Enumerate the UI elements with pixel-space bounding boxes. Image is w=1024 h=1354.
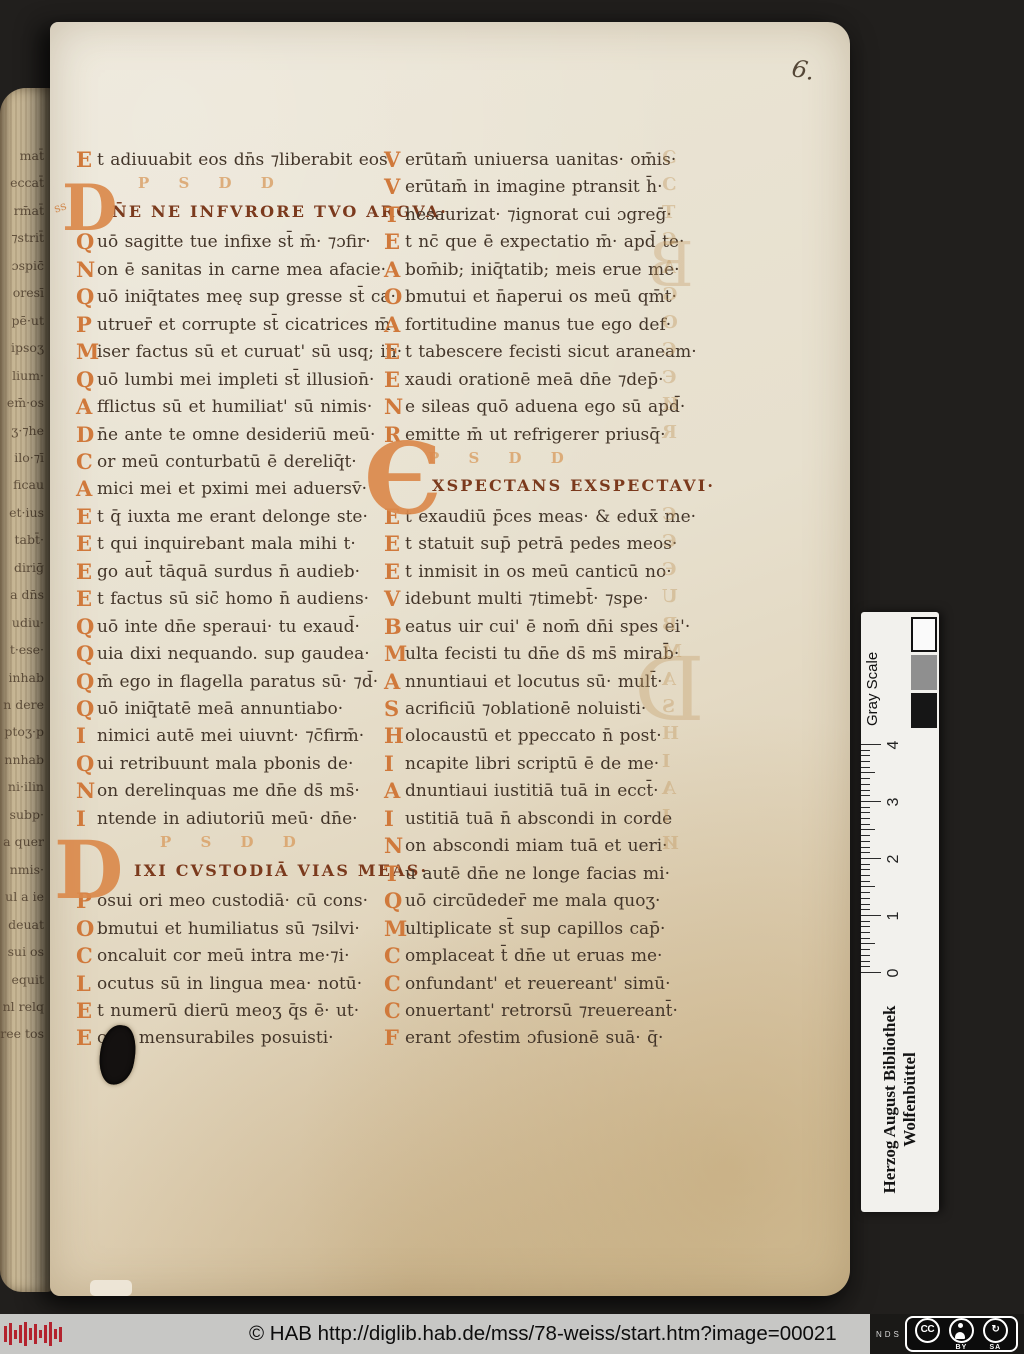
line-initial: A bbox=[384, 257, 405, 282]
ruler-number: 4 bbox=[885, 738, 903, 752]
manuscript-line: Et qui inquirebant mala mihi t· bbox=[76, 531, 378, 558]
edge-fragment: diriḡ bbox=[0, 560, 44, 575]
illuminated-initial-D: D bbox=[62, 180, 118, 238]
edge-fragment: ipsoʒ bbox=[0, 340, 44, 355]
showthrough-letter: Є bbox=[662, 339, 676, 360]
line-initial: C bbox=[384, 971, 405, 996]
manuscript-line: Concaluit cor meū intra me·⁊i· bbox=[76, 943, 378, 970]
patch-white bbox=[911, 617, 937, 652]
ruler-tick bbox=[861, 807, 870, 808]
edge-fragment: deuat bbox=[0, 917, 44, 932]
line-initial: E bbox=[76, 1025, 97, 1050]
line-text: on derelinquas me dn̄e ds̄ ms̄· bbox=[97, 781, 360, 801]
line-initial: Q bbox=[76, 614, 97, 639]
line-text: uō circūdeder̄ me mala quoʒ· bbox=[405, 891, 660, 911]
ruler-tick bbox=[861, 773, 875, 774]
line-text: hesaurizat· ⁊ignorat cui ɔgreḡ· bbox=[405, 205, 672, 225]
logo-bar bbox=[29, 1328, 32, 1340]
ruler-tick bbox=[861, 744, 881, 745]
edge-fragment: lium· bbox=[0, 368, 44, 383]
ruler-tick bbox=[861, 926, 870, 927]
grayscale-card: Herzog August Bibliothek Wolfenbüttel 01… bbox=[861, 612, 939, 1212]
ruler-tick bbox=[861, 932, 870, 933]
manuscript-line: Quō iniq̄tates meę sup gresse st̄ ca· bbox=[76, 284, 378, 311]
line-initial: E bbox=[384, 559, 405, 584]
edge-fragment: a dn̄s bbox=[0, 587, 44, 602]
footer-code: NDS bbox=[876, 1330, 902, 1339]
manuscript-line: Non derelinquas me dn̄e ds̄ ms̄· bbox=[76, 778, 378, 805]
line-text: t q̄ iuxta me erant delonge ste· bbox=[97, 507, 368, 527]
ruler-number: 3 bbox=[885, 795, 903, 809]
illuminated-initial-E: Є bbox=[364, 436, 442, 524]
line-text: eatus uir cui' ē nom̄ dn̄i spes ei'· bbox=[405, 617, 690, 637]
edge-fragment: eccat̄ bbox=[0, 175, 44, 190]
ruler-tick bbox=[861, 790, 870, 791]
folio-number: 6. bbox=[789, 54, 817, 86]
line-text: go aut̄ tāquā surdus n̄ audieb· bbox=[97, 562, 360, 582]
line-initial: S bbox=[384, 696, 405, 721]
ruler-tick bbox=[861, 961, 870, 962]
edge-fragment: ul a ie bbox=[0, 889, 44, 904]
line-initial: I bbox=[384, 751, 405, 776]
line-text: iser factus sū et curuat' sū usq; in· bbox=[97, 342, 402, 362]
line-initial: V bbox=[384, 586, 405, 611]
line-initial: N bbox=[384, 833, 405, 858]
line-text: t qui inquirebant mala mihi t· bbox=[97, 534, 356, 554]
cc-item: CC bbox=[915, 1318, 940, 1351]
manuscript-line: Locutus sū in lingua mea· notū· bbox=[76, 971, 378, 998]
edge-fragment: nnhab bbox=[0, 752, 44, 767]
line-initial: Q bbox=[76, 367, 97, 392]
line-text: erant ɔfestim ɔfusionē suā· q̄· bbox=[405, 1028, 663, 1048]
footer-right-block: NDS CC BY ↻ SA bbox=[870, 1314, 1024, 1354]
ruler-tick bbox=[861, 966, 870, 967]
line-text: utruer̄ et corrupte st̄ cicatrices m̄· bbox=[97, 315, 396, 335]
line-initial: L bbox=[76, 971, 97, 996]
line-text: t adiuuabit eos dn̄s ⁊liberabit eos· bbox=[97, 150, 393, 170]
line-initial: T bbox=[384, 202, 405, 227]
showthrough-initial: B bbox=[648, 228, 694, 301]
edge-fragment: ilo·⁊ī bbox=[0, 450, 44, 465]
line-text: erūtam̄ uniuersa uanitas· om̄is· bbox=[405, 150, 676, 170]
ruler-tick bbox=[861, 904, 870, 905]
line-text: dnuntiaui iustitiā tuā in ecct̄· bbox=[405, 781, 659, 801]
ruler-tick bbox=[861, 818, 870, 819]
grayscale-block: Gray Scale bbox=[861, 612, 939, 728]
edge-fragment: rm̄at̄ bbox=[0, 203, 44, 218]
manuscript-line: Et factus sū sic̄ homo n̄ audiens· bbox=[76, 586, 378, 613]
line-text: fflictus sū et humiliat' sū nimis· bbox=[97, 397, 372, 417]
edge-fragment: nl relq bbox=[0, 999, 44, 1014]
ruler-tick bbox=[861, 841, 870, 842]
ruler-tick bbox=[861, 864, 870, 865]
line-text: u autē dn̄e ne longe facias mi· bbox=[405, 864, 670, 884]
manuscript-line: Quō iniq̄tatē meā annuntiabo· bbox=[76, 696, 378, 723]
line-text: osui ori meo custodiā· cū cons· bbox=[97, 891, 368, 911]
ruler-number: 0 bbox=[885, 966, 903, 980]
edge-fragment: ʒ·⁊he bbox=[0, 423, 44, 438]
parchment-repair-patch bbox=[90, 1280, 132, 1296]
line-initial: I bbox=[384, 806, 405, 831]
logo-bar bbox=[54, 1329, 57, 1339]
logo-bar bbox=[19, 1325, 22, 1343]
manuscript-line: Quō sagitte tue infixe st̄ m̄· ⁊ɔfir· bbox=[76, 229, 378, 256]
showthrough-initial: D bbox=[634, 638, 705, 741]
manuscript-line: Verūtam̄ uniuersa uanitas· om̄is· bbox=[384, 147, 702, 174]
line-text: onfundant' et reuereant' simū· bbox=[405, 974, 671, 994]
ruler-tick bbox=[861, 795, 870, 796]
manuscript-line: Incapite libri scriptū ē de me· bbox=[384, 751, 702, 778]
line-text: idebunt multi ⁊timebt̄· ⁊spe· bbox=[405, 589, 649, 609]
line-initial: V bbox=[384, 174, 405, 199]
line-text: or meū conturbatū ē dereliq̄t· bbox=[97, 452, 357, 472]
cc-sa-item: ↻ SA bbox=[983, 1318, 1008, 1351]
line-text: ocutus sū in lingua mea· notū· bbox=[97, 974, 362, 994]
manuscript-line: Et tabescere fecisti sicut araneam· bbox=[384, 339, 702, 366]
ruler-tick bbox=[861, 830, 875, 831]
line-text: uō iniq̄tates meę sup gresse st̄ ca· bbox=[97, 287, 396, 307]
showthrough-letter: R bbox=[662, 422, 677, 443]
line-initial: A bbox=[384, 778, 405, 803]
library-name-line2: Wolfenbüttel bbox=[900, 987, 920, 1212]
cc-sa-arrow-icon: ↻ bbox=[983, 1318, 1008, 1343]
line-text: uō iniq̄tatē meā annuntiabo· bbox=[97, 699, 343, 719]
line-initial: Q bbox=[76, 669, 97, 694]
manuscript-line: Thesaurizat· ⁊ignorat cui ɔgreḡ· bbox=[384, 202, 702, 229]
edge-fragment: et·ius bbox=[0, 505, 44, 520]
line-initial: O bbox=[384, 284, 405, 309]
cc-license-badge[interactable]: CC BY ↻ SA bbox=[905, 1316, 1018, 1352]
logo-bar bbox=[14, 1330, 17, 1339]
logo-bar bbox=[4, 1326, 7, 1342]
edge-fragment: udiu· bbox=[0, 615, 44, 630]
psalm-heading: IXI CVSTODIĀ VIAS MEAS· bbox=[76, 861, 436, 888]
ruler-tick bbox=[861, 852, 870, 853]
manuscript-line: Adnuntiaui iustitiā tuā in ecct̄· bbox=[384, 778, 702, 805]
manuscript-line: Qm̄ ego in flagella paratus sū· ⁊d̄· bbox=[76, 669, 378, 696]
line-initial: C bbox=[384, 998, 405, 1023]
showthrough-letter: O bbox=[662, 312, 678, 333]
manuscript-line: Exaudi orationē meā dn̄e ⁊dep̄· bbox=[384, 367, 702, 394]
line-text: on ē sanitas in carne mea afacie· bbox=[97, 260, 386, 280]
line-initial: O bbox=[76, 916, 97, 941]
hab-logo bbox=[4, 1314, 62, 1354]
grayscale-title: Gray Scale bbox=[864, 612, 881, 726]
ruler-tick bbox=[861, 858, 881, 859]
line-initial: A bbox=[384, 312, 405, 337]
manuscript-line: Videbunt multi ⁊timebt̄· ⁊spe· bbox=[384, 586, 702, 613]
line-initial: E bbox=[76, 531, 97, 556]
line-text: ultiplicate st̄ sup capillos cap̄· bbox=[405, 919, 665, 939]
ruler-tick bbox=[861, 915, 881, 916]
line-text: ui retribuunt mala pbonis de· bbox=[97, 754, 353, 774]
line-initial: M bbox=[384, 641, 405, 666]
manuscript-line: Ego aut̄ tāquā surdus n̄ audieb· bbox=[76, 559, 378, 586]
line-text: erūtam̄ in imagine ptransit h̄· bbox=[405, 177, 663, 197]
ruler-scale: 01234 bbox=[861, 728, 939, 987]
ruler-tick bbox=[861, 869, 870, 870]
line-initial: M bbox=[384, 916, 405, 941]
manuscript-line: Conuertant' retrorsū ⁊reuereant̄· bbox=[384, 998, 702, 1025]
grayscale-card-face: Herzog August Bibliothek Wolfenbüttel 01… bbox=[861, 612, 939, 1212]
showthrough-letter: Є bbox=[662, 531, 676, 552]
edge-fragment: subp· bbox=[0, 807, 44, 822]
manuscript-line: Non abscondi miam tuā et ueri· bbox=[384, 833, 702, 860]
manuscript-line: Confundant' et reuereant' simū· bbox=[384, 971, 702, 998]
ruler-tick bbox=[861, 778, 870, 779]
line-text: t factus sū sic̄ homo n̄ audiens· bbox=[97, 589, 369, 609]
line-initial: F bbox=[384, 1025, 405, 1050]
showthrough-letter: Є bbox=[662, 367, 676, 388]
ruler-tick bbox=[861, 972, 881, 973]
line-initial: M bbox=[76, 339, 97, 364]
manuscript-line: Miser factus sū et curuat' sū usq; in· bbox=[76, 339, 378, 366]
showthrough-letter: T bbox=[662, 202, 675, 223]
manuscript-line: Inimici autē mei uiuvnt· ⁊c̄firm̄· bbox=[76, 723, 378, 750]
edge-fragment: mat̄ bbox=[0, 148, 44, 163]
library-name-line1: Herzog August Bibliothek bbox=[880, 987, 900, 1212]
ruler-tick bbox=[861, 750, 870, 751]
line-text: m̄ ego in flagella paratus sū· ⁊d̄· bbox=[97, 672, 378, 692]
edge-fragment: ni·ilin bbox=[0, 779, 44, 794]
ruler-tick bbox=[861, 887, 875, 888]
ruler-tick bbox=[861, 909, 870, 910]
manuscript-line: Quō circūdeder̄ me mala quoʒ· bbox=[384, 888, 702, 915]
line-text: uia dixi nequando. sup gaudea· bbox=[97, 644, 370, 664]
edge-fragment: ptoʒ·p bbox=[0, 724, 44, 739]
line-text: t inmisit in os meū canticū no· bbox=[405, 562, 672, 582]
line-initial: Q bbox=[76, 641, 97, 666]
line-initial: D bbox=[76, 422, 97, 447]
logo-bar bbox=[34, 1324, 37, 1344]
edge-fragment: t·ese· bbox=[0, 642, 44, 657]
ruler-tick bbox=[861, 898, 870, 899]
manuscript-line: Iustitiā tuā n̄ abscondi in corde bbox=[384, 806, 702, 833]
line-initial: A bbox=[384, 669, 405, 694]
manuscript-line: Qui retribuunt mala pbonis de· bbox=[76, 751, 378, 778]
manuscript-line: Et q̄ iuxta me erant delonge ste· bbox=[76, 504, 378, 531]
edge-fragment: equit bbox=[0, 972, 44, 987]
line-initial: C bbox=[384, 943, 405, 968]
line-text: uō inte dn̄e speraui· tu exaud̄· bbox=[97, 617, 360, 637]
line-initial: E bbox=[76, 504, 97, 529]
showthrough-letter: Є bbox=[662, 504, 676, 525]
line-text: ntende in adiutoriū meū· dn̄e· bbox=[97, 809, 358, 829]
line-text: onuertant' retrorsū ⁊reuereant̄· bbox=[405, 1001, 678, 1021]
edge-fragment: ree tos bbox=[0, 1026, 44, 1041]
ruler-tick bbox=[861, 881, 870, 882]
manuscript-line: Putruer̄ et corrupte st̄ cicatrices m̄· bbox=[76, 312, 378, 339]
line-initial: T bbox=[384, 861, 405, 886]
line-text: fortitudine manus tue ego def· bbox=[405, 315, 671, 335]
line-initial: Q bbox=[76, 751, 97, 776]
line-text: nnuntiaui et locutus sū· mult̄· bbox=[405, 672, 663, 692]
cc-sa-label: SA bbox=[990, 1344, 1002, 1351]
line-initial: E bbox=[384, 339, 405, 364]
line-text: t tabescere fecisti sicut araneam· bbox=[405, 342, 697, 362]
line-initial: A bbox=[76, 394, 97, 419]
line-text: n̄e ante te omne desideriū meū· bbox=[97, 425, 375, 445]
edge-fragment: sui os bbox=[0, 944, 44, 959]
line-initial: B bbox=[384, 614, 405, 639]
line-initial: C bbox=[76, 943, 97, 968]
patch-gray bbox=[911, 655, 937, 690]
manuscript-line: Et adiuuabit eos dn̄s ⁊liberabit eos· bbox=[76, 147, 378, 174]
ruler-tick bbox=[861, 761, 870, 762]
line-text: uō lumbi mei impleti st̄ illusion̄· bbox=[97, 370, 374, 390]
line-text: on abscondi miam tuā et ueri· bbox=[405, 836, 668, 856]
edge-fragment: em̄·os bbox=[0, 395, 44, 410]
ruler-tick bbox=[861, 875, 870, 876]
edge-fragment: inhab bbox=[0, 670, 44, 685]
line-initial: Q bbox=[76, 696, 97, 721]
line-initial: E bbox=[76, 559, 97, 584]
showthrough-letter: И bbox=[662, 833, 679, 854]
copyright-url[interactable]: © HAB http://diglib.hab.de/mss/78-weiss/… bbox=[249, 1314, 837, 1354]
ruler-tick bbox=[861, 847, 870, 848]
illuminated-initial-D: D bbox=[54, 834, 123, 906]
manuscript-line: Tu autē dn̄e ne longe facias mi· bbox=[384, 861, 702, 888]
manuscript-line: Et numerū dierū meoʒ q̄s ē· ut· bbox=[76, 998, 378, 1025]
patch-black bbox=[911, 693, 937, 728]
ruler-number: 1 bbox=[885, 909, 903, 923]
edge-fragment: a quer bbox=[0, 834, 44, 849]
cc-icon: CC bbox=[915, 1318, 940, 1343]
logo-bar bbox=[9, 1323, 12, 1345]
line-initial: Q bbox=[76, 284, 97, 309]
line-text: xaudi orationē meā dn̄e ⁊dep̄· bbox=[405, 370, 664, 390]
footer-bar: © HAB http://diglib.hab.de/mss/78-weiss/… bbox=[0, 1314, 1024, 1354]
line-text: uō sagitte tue infixe st̄ m̄· ⁊ɔfir· bbox=[97, 232, 371, 252]
line-initial: N bbox=[76, 778, 97, 803]
ruler-number: 2 bbox=[885, 852, 903, 866]
ruler-tick bbox=[861, 955, 870, 956]
manuscript-line: Ferant ɔfestim ɔfusionē suā· q̄· bbox=[384, 1025, 702, 1052]
showthrough-letter: B bbox=[662, 614, 677, 635]
edge-fragment: ɔspic̄ bbox=[0, 258, 44, 273]
manuscript-line: Amici mei et pximi mei aduersv̄· bbox=[76, 476, 378, 503]
ruler-tick bbox=[861, 812, 870, 813]
logo-bar bbox=[24, 1322, 27, 1346]
photo-stage: mat̄eccat̄rm̄at̄⁊strit̄ɔspic̄oresīpē·uti… bbox=[0, 0, 1024, 1354]
ruler-tick bbox=[861, 767, 870, 768]
logo-bar bbox=[49, 1322, 52, 1346]
edge-fragment: tabt̄· bbox=[0, 532, 44, 547]
manuscript-page: 6. ss Et adiuuabit eos dn̄s ⁊liberabit e… bbox=[50, 22, 850, 1296]
left-text-column: Et adiuuabit eos dn̄s ⁊liberabit eos·P S… bbox=[76, 147, 378, 1067]
line-text: bmutui et humiliatus sū ⁊silvi· bbox=[97, 919, 360, 939]
manuscript-line: Et inmisit in os meū canticū no· bbox=[384, 559, 702, 586]
line-initial: C bbox=[76, 449, 97, 474]
ruler-tick bbox=[861, 755, 870, 756]
manuscript-line: Beatus uir cui' ē nom̄ dn̄i spes ei'· bbox=[384, 614, 702, 641]
cc-by-item: BY bbox=[949, 1318, 974, 1351]
ruler-tick bbox=[861, 949, 870, 950]
line-initial: N bbox=[76, 257, 97, 282]
manuscript-line: Quia dixi nequando. sup gaudea· bbox=[76, 641, 378, 668]
cc-by-label: BY bbox=[956, 1344, 968, 1351]
line-text: omplaceat t̄ dn̄e ut eruas me· bbox=[405, 946, 662, 966]
line-initial: E bbox=[76, 998, 97, 1023]
manuscript-line: Dn̄e ante te omne desideriū meū· bbox=[76, 422, 378, 449]
logo-bar bbox=[59, 1327, 62, 1342]
showthrough-letter: Є bbox=[662, 559, 676, 580]
ruler-tick bbox=[861, 938, 870, 939]
line-text: e sileas quō aduena ego sū apd̄· bbox=[405, 397, 685, 417]
manuscript-line: Non ē sanitas in carne mea afacie· bbox=[76, 257, 378, 284]
ruler-tick bbox=[861, 801, 881, 802]
manuscript-line: Complaceat t̄ dn̄e ut eruas me· bbox=[384, 943, 702, 970]
line-initial: N bbox=[384, 394, 405, 419]
line-initial: E bbox=[384, 367, 405, 392]
library-name: Herzog August Bibliothek Wolfenbüttel bbox=[861, 987, 939, 1212]
edge-fragment: ⁊strit̄ bbox=[0, 230, 44, 245]
line-initial: Q bbox=[384, 888, 405, 913]
ruler-tick bbox=[861, 944, 875, 945]
line-text: mici mei et pximi mei aduersv̄· bbox=[97, 479, 367, 499]
ruler-tick bbox=[861, 892, 870, 893]
edge-fragment: n dere bbox=[0, 697, 44, 712]
line-initial: H bbox=[384, 723, 405, 748]
psalm-heading: N̄E NE INFVRORE TVO ARGVA· bbox=[76, 202, 414, 229]
manuscript-line: Ne sileas quō aduena ego sū apd̄· bbox=[384, 394, 702, 421]
line-text: nimici autē mei uiuvnt· ⁊c̄firm̄· bbox=[97, 726, 364, 746]
edge-fragment: nmis· bbox=[0, 862, 44, 877]
line-initial: V bbox=[384, 147, 405, 172]
manuscript-line: Obmutui et humiliatus sū ⁊silvi· bbox=[76, 916, 378, 943]
logo-bar bbox=[39, 1330, 42, 1338]
cc-by-person-icon bbox=[949, 1318, 974, 1343]
manuscript-line: Afortitudine manus tue ego def· bbox=[384, 312, 702, 339]
line-initial: P bbox=[76, 312, 97, 337]
showthrough-letter: I bbox=[662, 751, 670, 772]
manuscript-line: Quō lumbi mei impleti st̄ illusion̄· bbox=[76, 367, 378, 394]
showthrough-letter: Ɔ bbox=[662, 147, 676, 168]
showthrough-letter: U bbox=[662, 586, 678, 607]
edge-fragment: pē·ut bbox=[0, 313, 44, 328]
line-text: t nc̄ que ē expectatio m̄· apd̄ te· bbox=[405, 232, 684, 252]
line-text: ustitiā tuā n̄ abscondi in corde bbox=[405, 809, 672, 829]
line-text: acrificiū ⁊oblationē noluisti· bbox=[405, 699, 646, 719]
edge-fragment: oresī bbox=[0, 285, 44, 300]
line-text: t numerū dierū meoʒ q̄s ē· ut· bbox=[97, 1001, 359, 1021]
manuscript-line: Afflictus sū et humiliat' sū nimis· bbox=[76, 394, 378, 421]
line-initial: E bbox=[76, 147, 97, 172]
showthrough-letter: Ɔ bbox=[662, 174, 676, 195]
manuscript-line: Cor meū conturbatū ē dereliq̄t· bbox=[76, 449, 378, 476]
grayscale-patches bbox=[911, 612, 939, 728]
ruler-tick bbox=[861, 784, 870, 785]
line-text: oncaluit cor meū intra me·⁊i· bbox=[97, 946, 349, 966]
showthrough-letter: И bbox=[662, 394, 679, 415]
line-text: olocaustū et ppeccato n̄ post· bbox=[405, 726, 662, 746]
line-text: t exaudiū p̄ces meas· & edux̄ me· bbox=[405, 507, 696, 527]
edge-fragment: ficau bbox=[0, 477, 44, 492]
manuscript-line: Verūtam̄ in imagine ptransit h̄· bbox=[384, 174, 702, 201]
line-initial: A bbox=[76, 476, 97, 501]
ruler-tick bbox=[861, 835, 870, 836]
line-text: t statuit sup̄ petrā pedes meos· bbox=[405, 534, 677, 554]
line-text: bmutui et n̄aperui os meū qm̄t· bbox=[405, 287, 677, 307]
line-text: ncapite libri scriptū ē de me· bbox=[405, 754, 659, 774]
line-initial: E bbox=[384, 229, 405, 254]
line-initial: I bbox=[76, 723, 97, 748]
ruler-tick bbox=[861, 921, 870, 922]
line-text: emitte m̄ ut refrigerer priusq̄· bbox=[405, 425, 666, 445]
manuscript-line: Multiplicate st̄ sup capillos cap̄· bbox=[384, 916, 702, 943]
ruler-tick bbox=[861, 824, 870, 825]
showthrough-letter: A bbox=[662, 778, 676, 799]
